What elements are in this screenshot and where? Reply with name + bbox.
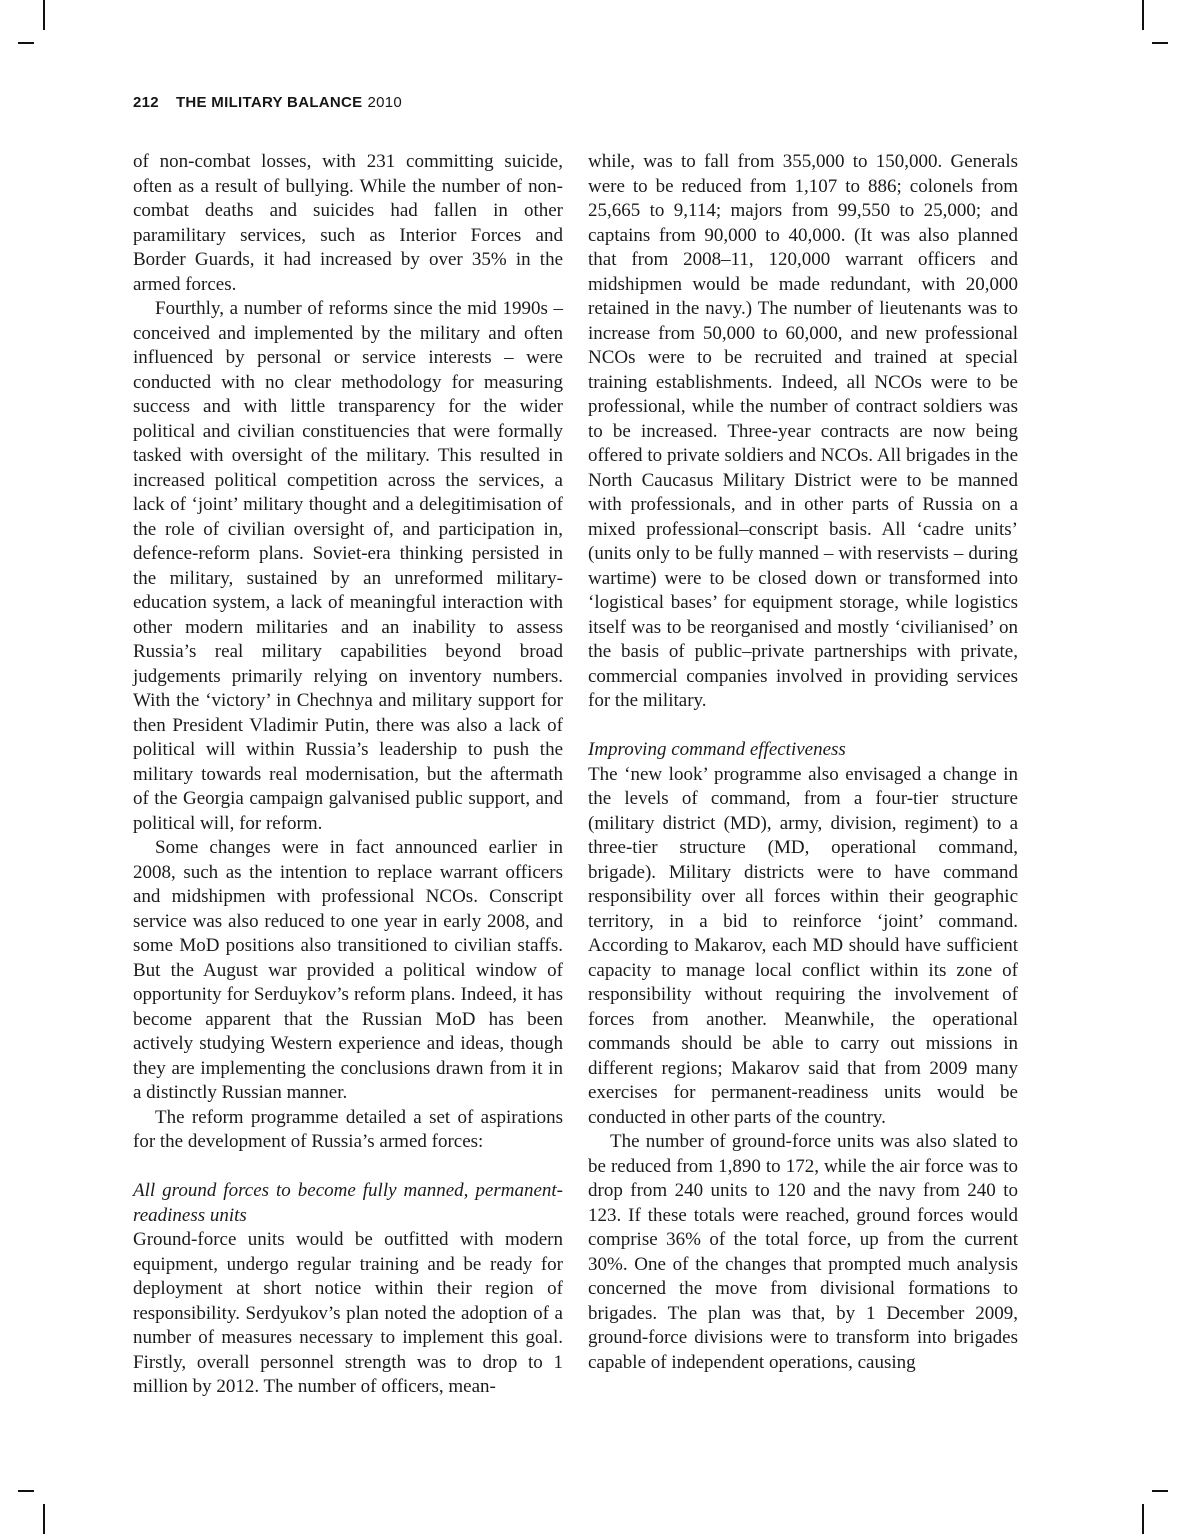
section-subheading: Improving command effectiveness (588, 738, 1018, 763)
crop-mark-bottom-right-vertical (1142, 1504, 1144, 1534)
crop-mark-bottom-right-horizontal (1152, 1490, 1168, 1492)
right-column: while, was to fall from 355,000 to 150,0… (588, 150, 1018, 1400)
body-paragraph: Ground-force units would be outfitted wi… (133, 1228, 563, 1400)
left-column: of non-combat losses, with 231 committin… (133, 150, 563, 1400)
crop-mark-top-right-vertical (1142, 0, 1144, 30)
body-paragraph: Fourthly, a number of reforms since the … (133, 297, 563, 836)
body-paragraph: of non-combat losses, with 231 committin… (133, 150, 563, 297)
running-header: 212THE MILITARY BALANCE2010 (133, 94, 402, 111)
crop-mark-top-right-horizontal (1152, 42, 1168, 44)
body-paragraph: The reform programme detailed a set of a… (133, 1106, 563, 1155)
edition-year: 2010 (368, 94, 403, 111)
book-title: THE MILITARY BALANCE (176, 94, 363, 111)
body-paragraph: Some changes were in fact announced earl… (133, 836, 563, 1106)
crop-mark-bottom-left-horizontal (18, 1490, 34, 1492)
crop-mark-top-left-vertical (43, 0, 45, 30)
two-column-text-block: of non-combat losses, with 231 committin… (133, 150, 1019, 1400)
body-paragraph: while, was to fall from 355,000 to 150,0… (588, 150, 1018, 714)
body-paragraph: The ‘new look’ programme also envisaged … (588, 763, 1018, 1131)
body-paragraph: The number of ground-force units was als… (588, 1130, 1018, 1375)
crop-mark-bottom-left-vertical (43, 1504, 45, 1534)
crop-mark-top-left-horizontal (18, 42, 34, 44)
book-page: 212THE MILITARY BALANCE2010 of non-comba… (0, 0, 1186, 1534)
section-subheading: All ground forces to become fully manned… (133, 1179, 563, 1228)
page-number: 212 (133, 94, 159, 111)
